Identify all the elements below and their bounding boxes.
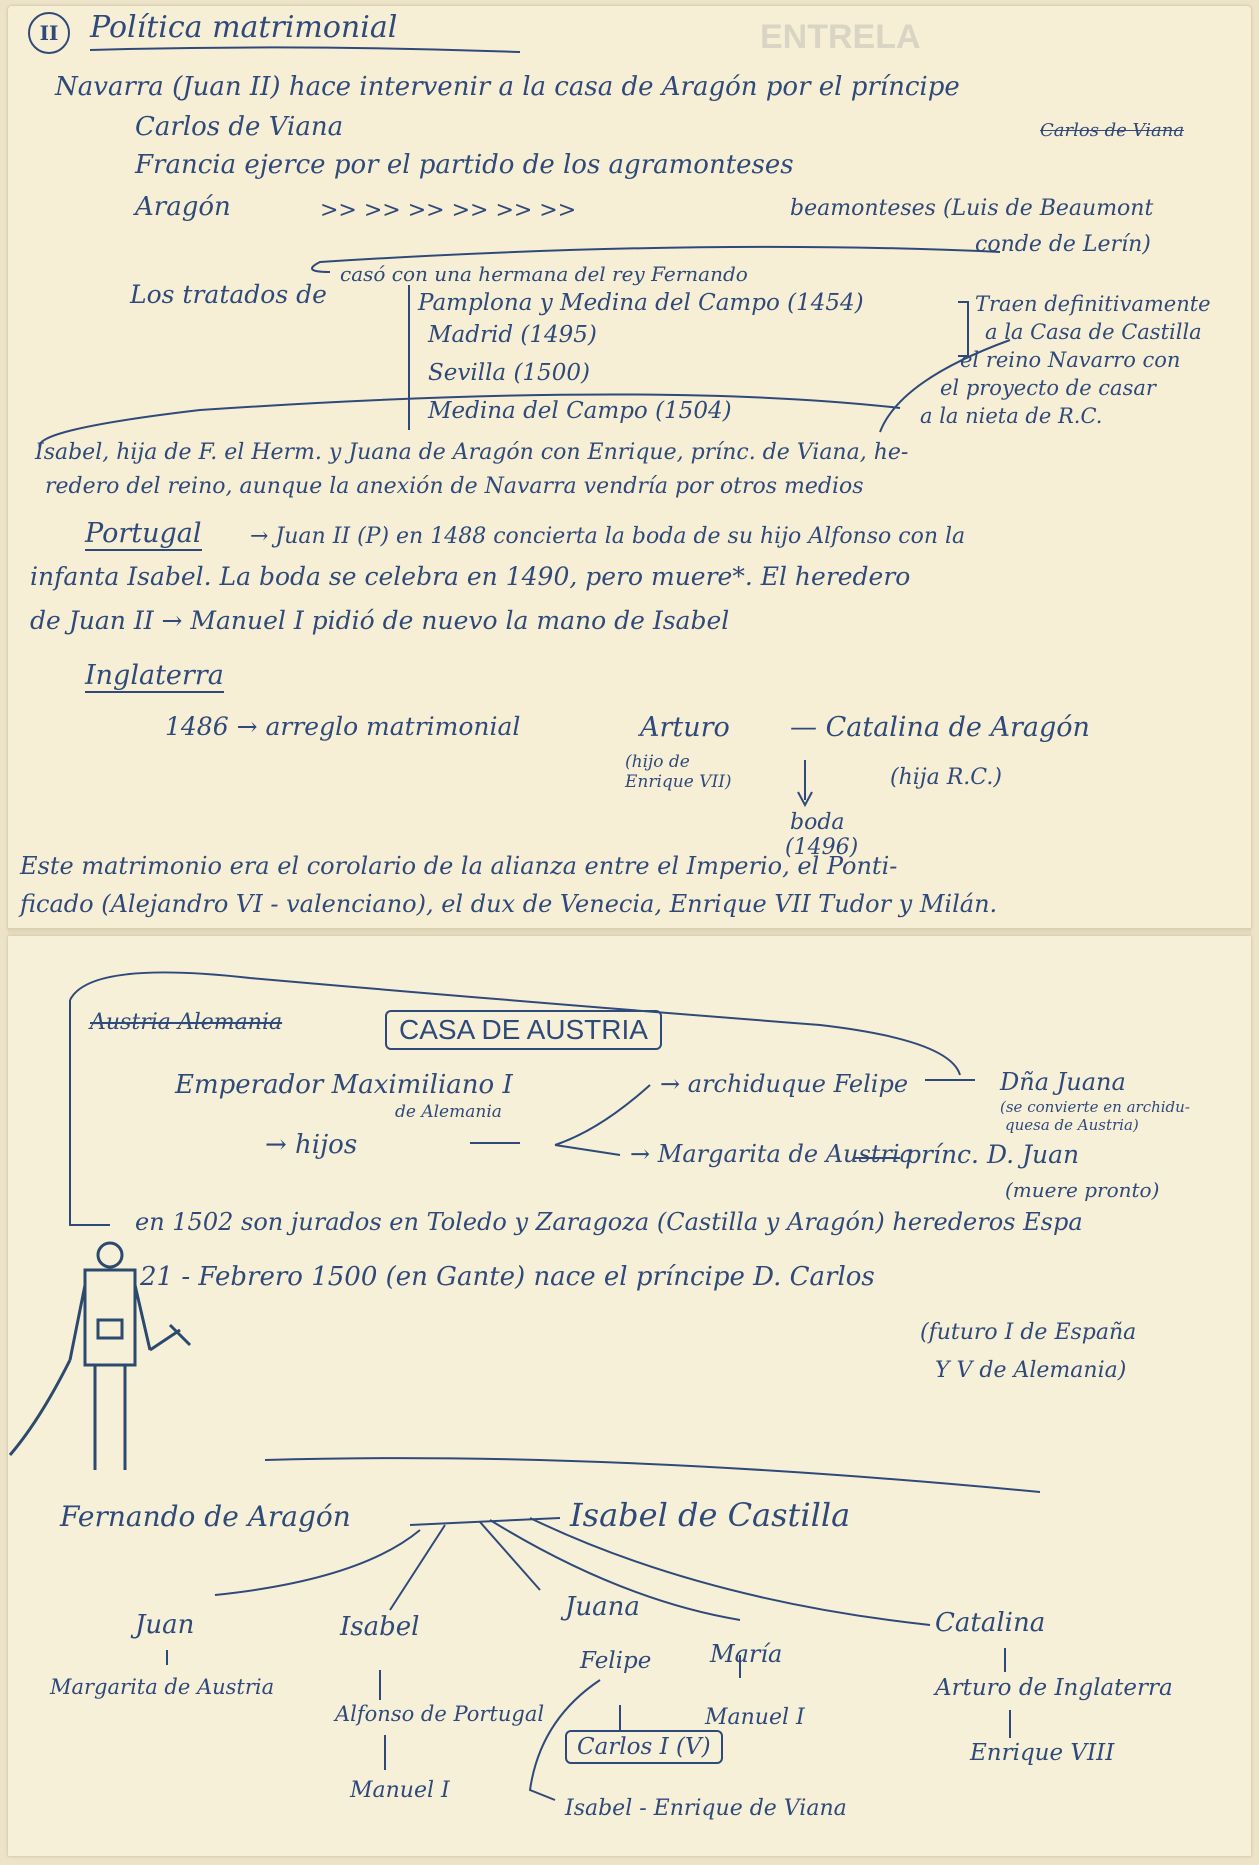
casa-de-austria-heading: CASA DE AUSTRIA	[385, 1010, 662, 1050]
navarra-margin-note: Carlos de Viana	[1040, 120, 1184, 141]
tree-other-marriage: Isabel - Enrique de Viana	[565, 1796, 847, 1821]
inglaterra-line-1: 1486 → arreglo matrimonial	[165, 712, 520, 741]
tratados-result: a la nieta de R.C.	[920, 404, 1102, 428]
nacimiento-line: 21 - Febrero 1500 (en Gante) nace el prí…	[140, 1262, 875, 1292]
tree-descendant: Enrique VIII	[970, 1740, 1114, 1766]
juan-note: (muere pronto)	[1005, 1178, 1159, 1202]
aragon-ditto-marks: >> >> >> >> >> >>	[320, 198, 576, 223]
tree-child: Juana	[565, 1592, 640, 1622]
francia-line: Francia ejerce por el partido de los agr…	[135, 150, 794, 180]
tree-spouse: Felipe	[580, 1648, 651, 1674]
tree-spouse: Margarita de Austria	[50, 1675, 274, 1699]
juana-label: Dña Juana	[1000, 1068, 1126, 1096]
emperor-sub: de Alemania	[395, 1102, 502, 1122]
arturo-note: Enrique VII)	[625, 772, 732, 792]
boda-label: boda	[790, 810, 845, 835]
aragon-label: Aragón	[135, 192, 231, 222]
arturo-label: Arturo	[640, 712, 730, 743]
section-number-badge: II	[28, 12, 70, 54]
tree-mother: Isabel de Castilla	[570, 1496, 850, 1534]
juan-label: prínc. D. Juan	[905, 1140, 1079, 1169]
tree-spouse: Arturo de Inglaterra	[935, 1675, 1173, 1701]
portugal-heading: Portugal	[85, 518, 202, 551]
margarita-label: → Margarita de Austria	[630, 1140, 914, 1168]
tree-grandchild-box: Carlos I (V)	[565, 1730, 723, 1764]
tratados-result: el reino Navarro con	[960, 348, 1180, 372]
jurados-line: en 1502 son jurados en Toledo y Zaragoza…	[135, 1208, 1083, 1236]
catalina-label: — Catalina de Aragón	[790, 712, 1090, 743]
inglaterra-heading: Inglaterra	[85, 660, 224, 693]
portugal-line-1: → Juan II (P) en 1488 concierta la boda …	[250, 524, 965, 549]
arturo-note: (hijo de	[625, 752, 690, 772]
tree-child: Juan	[135, 1610, 194, 1640]
tree-spouse-2: Manuel I	[350, 1778, 450, 1803]
portugal-line-3: de Juan II → Manuel I pidió de nuevo la …	[30, 606, 729, 635]
tratado-item: Madrid (1495)	[428, 322, 597, 348]
tree-spouse: Alfonso de Portugal	[335, 1702, 544, 1726]
carlos-note: Y V de Alemania)	[935, 1358, 1126, 1383]
tree-child: María	[710, 1640, 782, 1668]
tratados-bracket	[408, 285, 410, 430]
carlos-note: (futuro I de España	[920, 1320, 1136, 1345]
navarra-line-2: Carlos de Viana	[135, 112, 343, 142]
felipe-label: → archiduque Felipe	[660, 1070, 908, 1098]
tratado-item: Sevilla (1500)	[428, 360, 590, 386]
tratados-result: a la Casa de Castilla	[985, 320, 1202, 344]
section-title: Política matrimonial	[90, 10, 397, 45]
austria-struck-heading: Austria Alemania	[90, 1010, 282, 1035]
tree-child: Catalina	[935, 1608, 1045, 1638]
isabel-note-line-1: Isabel, hija de F. el Herm. y Juana de A…	[35, 440, 908, 465]
catalina-note: (hija R.C.)	[890, 765, 1002, 790]
juana-note: quesa de Austria)	[1005, 1116, 1139, 1134]
isabel-note-line-2: redero del reino, aunque la anexión de N…	[45, 474, 864, 499]
inglaterra-summary-1: Este matrimonio era el corolario de la a…	[20, 852, 897, 880]
tree-father: Fernando de Aragón	[60, 1500, 351, 1533]
married-note: casó con una hermana del rey Fernando	[340, 262, 748, 286]
aragon-beamonteses: beamonteses (Luis de Beaumont	[790, 196, 1153, 221]
tratado-item: Pamplona y Medina del Campo (1454)	[418, 290, 864, 316]
tree-spouse: Manuel I	[705, 1705, 805, 1730]
tratado-item: Medina del Campo (1504)	[428, 398, 732, 424]
navarra-line-1: Navarra (Juan II) hace intervenir a la c…	[55, 72, 960, 102]
hijos-label: → hijos	[265, 1130, 357, 1160]
tree-child: Isabel	[340, 1612, 419, 1642]
juana-note: (se convierte en archidu-	[1000, 1098, 1190, 1116]
tratados-result: Traen definitivamente	[975, 292, 1211, 316]
tratados-label: Los tratados de	[130, 280, 327, 309]
emperor-label: Emperador Maximiliano I	[175, 1070, 513, 1100]
aragon-conde-lerin: conde de Lerín)	[975, 232, 1151, 257]
inglaterra-summary-2: ficado (Alejandro VI - valenciano), el d…	[20, 890, 997, 918]
portugal-line-2: infanta Isabel. La boda se celebra en 14…	[30, 562, 910, 591]
tratados-result: el proyecto de casar	[940, 376, 1156, 400]
